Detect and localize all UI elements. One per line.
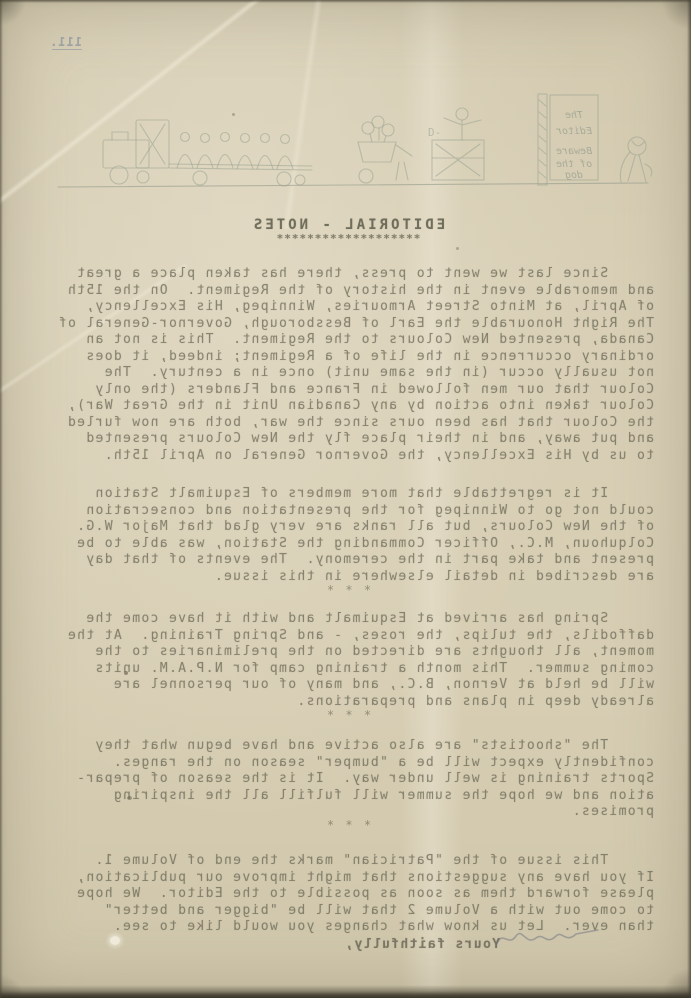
asterisk-separator: * * * — [42, 708, 654, 722]
paragraph-3: Spring has arrived at Esquimalt and with… — [67, 611, 654, 710]
page-number: 111. — [52, 35, 82, 50]
asterisk-separator: * * * — [42, 583, 654, 597]
scan-edge-bottom — [0, 985, 691, 998]
scanned-document-page: 111. — [0, 0, 691, 998]
paper-speck — [124, 671, 128, 675]
paragraph-2: It is regrettable that more members of E… — [76, 486, 654, 585]
sign-line: dog — [565, 170, 583, 181]
header-cartoon-sketch: D- The Editor Beware of the dog — [0, 78, 691, 208]
svg-text:D-: D- — [428, 126, 441, 139]
title-underline: ******************* — [42, 232, 654, 245]
paper-speck — [127, 796, 132, 800]
asterisk-separator: * * * — [42, 818, 654, 832]
paragraph-4: The "shootists" are also active and have… — [76, 738, 654, 821]
paragraph-1: Since last we went to press, there has t… — [58, 266, 654, 464]
signature-squiggle — [492, 922, 602, 956]
sign-line: The — [565, 110, 583, 121]
paper-speck — [456, 247, 459, 250]
sign-line: of the — [556, 159, 592, 170]
page-title: EDITORIAL - NOTES — [42, 217, 654, 233]
sign-line: Editor — [556, 126, 592, 137]
scan-edge-top — [0, 0, 691, 3]
paper-crease — [0, 262, 188, 424]
sign-line: Beware — [556, 146, 592, 157]
paper-blotch — [110, 936, 120, 945]
